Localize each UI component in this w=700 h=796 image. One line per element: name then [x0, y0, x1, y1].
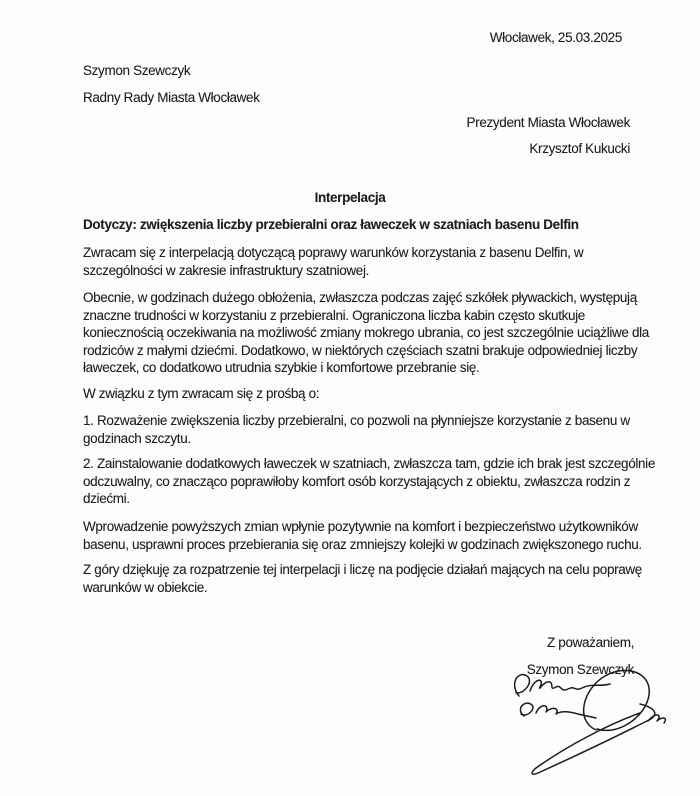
body-paragraph-6: Wprowadzenie powyższych zmian wpłynie po… — [83, 518, 663, 553]
dateline: Włocławek, 25.03.2025 — [490, 29, 622, 47]
recipient-block: Prezydent Miasta Włocławek Krzysztof Kuk… — [467, 110, 630, 162]
body-paragraph-2: Obecnie, w godzinach dużego obłożenia, z… — [83, 289, 663, 377]
closing-salutation: Z poważaniem, — [527, 629, 634, 656]
body-paragraph-1: Zwracam się z interpelacją dotyczącą pop… — [83, 244, 663, 279]
letter-page: Włocławek, 25.03.2025 Szymon Szewczyk Ra… — [0, 0, 700, 796]
handwritten-signature-icon — [497, 663, 673, 785]
subject-line: Dotyczy: zwiększenia liczby przebieralni… — [83, 217, 673, 232]
recipient-name: Krzysztof Kukucki — [467, 136, 630, 162]
sender-block: Szymon Szewczyk Radny Rady Miasta Włocła… — [83, 57, 260, 111]
sender-name: Szymon Szewczyk — [83, 57, 260, 84]
recipient-role: Prezydent Miasta Włocławek — [467, 110, 630, 136]
body-paragraph-3: W związku z tym zwracam się z prośbą o: — [83, 385, 663, 403]
body-paragraph-7: Z góry dziękuję za rozpatrzenie tej inte… — [83, 561, 663, 596]
request-item-2: 2. Zainstalowanie dodatkowych ławeczek w… — [83, 455, 663, 508]
request-item-1: 1. Rozważenie zwiększenia liczby przebie… — [83, 412, 663, 447]
letter-heading: Interpelacja — [0, 190, 700, 205]
sender-role: Radny Rady Miasta Włocławek — [83, 84, 260, 111]
